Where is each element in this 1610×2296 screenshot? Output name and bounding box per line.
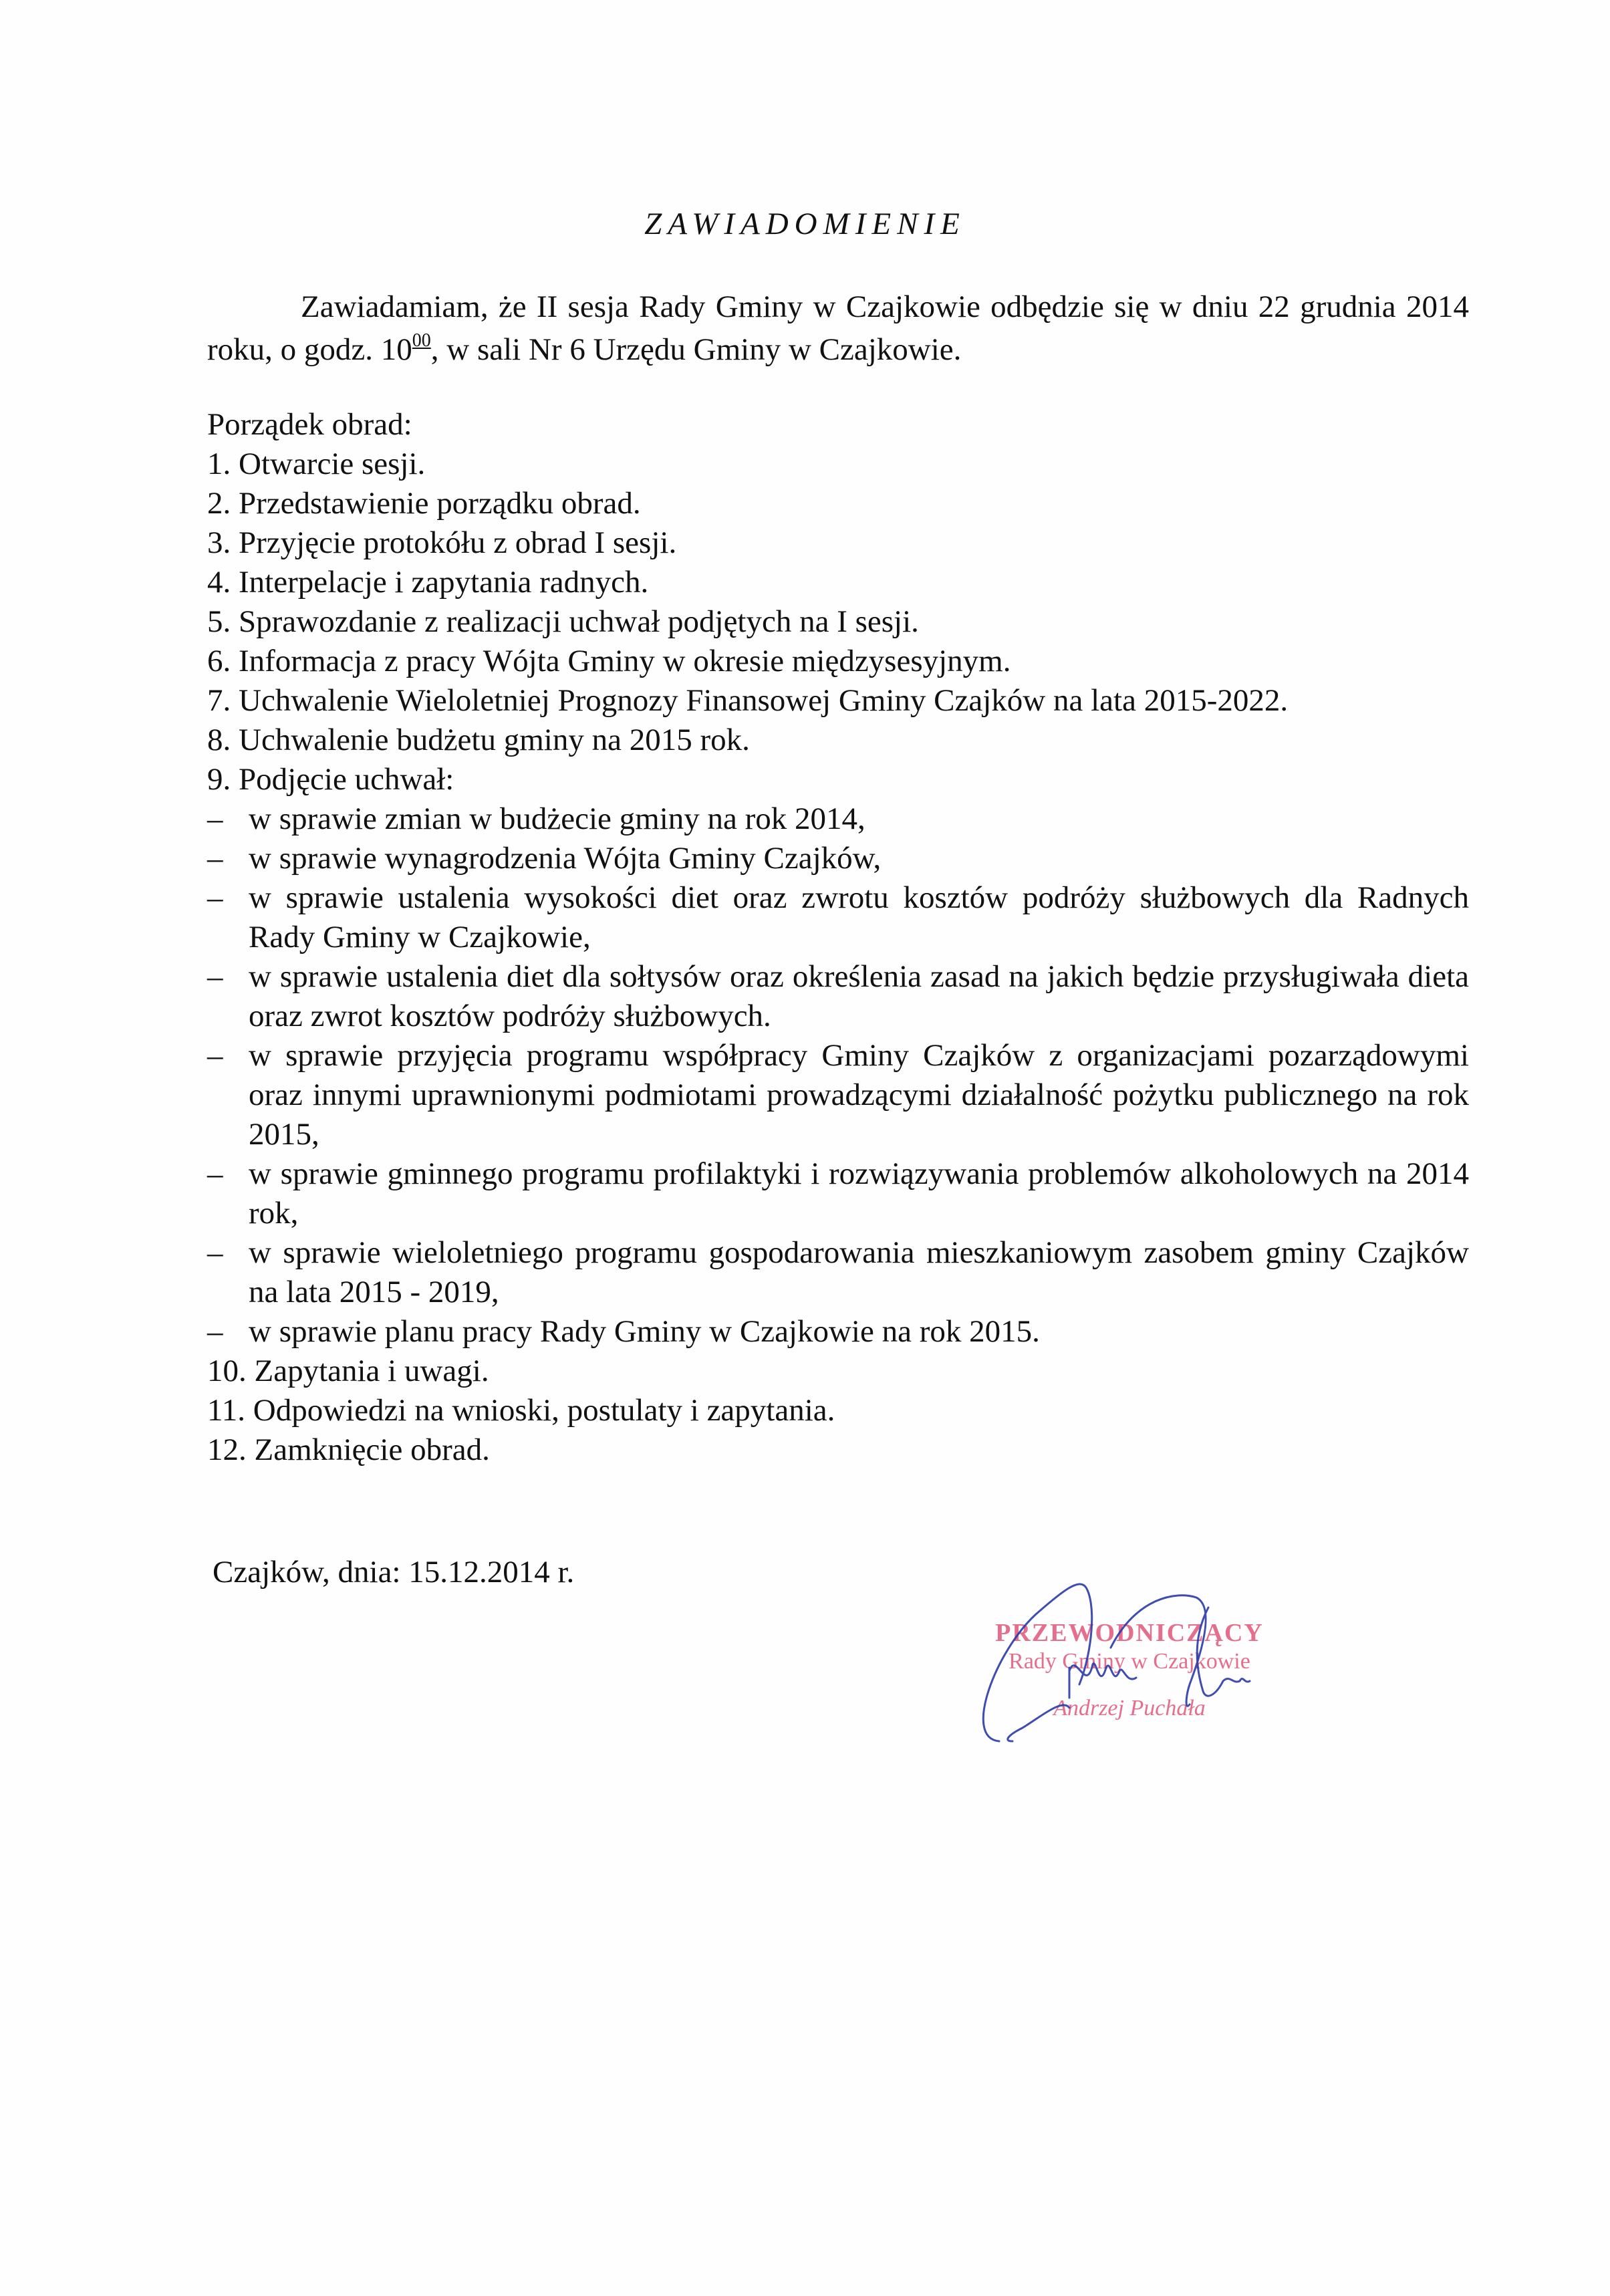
resolution-item: –w sprawie ustalenia wysokości diet oraz… [207, 878, 1469, 957]
agenda-item: 6. Informacja z pracy Wójta Gminy w okre… [207, 642, 1469, 681]
dash-bullet: – [207, 799, 223, 839]
intro-paragraph: Zawiadamiam, że II sesja Rady Gminy w Cz… [207, 285, 1469, 371]
resolution-text: w sprawie ustalenia wysokości diet oraz … [249, 880, 1469, 954]
resolution-item: –w sprawie zmian w budżecie gminy na rok… [207, 799, 1469, 839]
place-date-line: Czajków, dnia: 15.12.2014 r. [213, 1552, 574, 1592]
dash-bullet: – [207, 957, 223, 997]
resolution-text: w sprawie przyjęcia programu współpracy … [249, 1038, 1469, 1152]
dash-bullet: – [207, 1154, 223, 1194]
stamp-name: Andrzej Puchała [969, 1688, 1290, 1729]
agenda-item: 11. Odpowiedzi na wnioski, postulaty i z… [207, 1391, 1469, 1430]
agenda-list: 1. Otwarcie sesji. 2. Przedstawienie por… [207, 444, 1469, 799]
resolution-item: –w sprawie ustalenia diet dla sołtysów o… [207, 957, 1469, 1036]
dash-bullet: – [207, 839, 223, 878]
resolution-item: –w sprawie gminnego programu profilaktyk… [207, 1154, 1469, 1233]
agenda-item: 5. Sprawozdanie z realizacji uchwał podj… [207, 602, 1469, 642]
resolution-text: w sprawie wieloletniego programu gospoda… [249, 1235, 1469, 1309]
resolution-text: w sprawie wynagrodzenia Wójta Gminy Czaj… [249, 841, 881, 876]
resolution-text: w sprawie planu pracy Rady Gminy w Czajk… [249, 1314, 1040, 1349]
agenda-item: 1. Otwarcie sesji. [207, 444, 1469, 484]
stamp-organization: Rady Gminy w Czajkowie [969, 1648, 1290, 1675]
dash-bullet: – [207, 878, 223, 918]
agenda-item: 7. Uchwalenie Wieloletniej Prognozy Fina… [207, 681, 1469, 721]
resolution-item: –w sprawie wynagrodzenia Wójta Gminy Cza… [207, 839, 1469, 878]
resolution-text: w sprawie ustalenia diet dla sołtysów or… [249, 959, 1469, 1033]
document-page: ZAWIADOMIENIE Zawiadamiam, że II sesja R… [0, 0, 1610, 2296]
document-title: ZAWIADOMIENIE [0, 209, 1610, 240]
resolution-item: –w sprawie planu pracy Rady Gminy w Czaj… [207, 1312, 1469, 1352]
agenda-item: 4. Interpelacje i zapytania radnych. [207, 563, 1469, 602]
dash-bullet: – [207, 1233, 223, 1273]
agenda-item: 10. Zapytania i uwagi. [207, 1352, 1469, 1391]
agenda-item: 2. Przedstawienie porządku obrad. [207, 484, 1469, 523]
resolution-item: –w sprawie wieloletniego programu gospod… [207, 1233, 1469, 1312]
agenda-item: 12. Zamknięcie obrad. [207, 1430, 1469, 1470]
agenda-item: 9. Podjęcie uchwał: [207, 760, 1469, 799]
dash-bullet: – [207, 1036, 223, 1075]
stamp-title: PRZEWODNICZĄCY [969, 1618, 1290, 1648]
intro-time-superscript: 00 [412, 330, 431, 351]
intro-text-part2: , w sali Nr 6 Urzędu Gminy w Czajkowie. [431, 332, 962, 367]
dash-bullet: – [207, 1312, 223, 1352]
official-stamp: PRZEWODNICZĄCY Rady Gminy w Czajkowie An… [969, 1618, 1290, 1751]
resolutions-list: –w sprawie zmian w budżecie gminy na rok… [207, 799, 1469, 1352]
agenda-closing-list: 10. Zapytania i uwagi. 11. Odpowiedzi na… [207, 1352, 1469, 1470]
resolution-text: w sprawie gminnego programu profilaktyki… [249, 1156, 1469, 1231]
resolution-text: w sprawie zmian w budżecie gminy na rok … [249, 801, 865, 836]
agenda-item: 8. Uchwalenie budżetu gminy na 2015 rok. [207, 721, 1469, 760]
resolution-item: –w sprawie przyjęcia programu współpracy… [207, 1036, 1469, 1154]
agenda-heading: Porządek obrad: [207, 405, 1469, 444]
agenda-item: 3. Przyjęcie protokółu z obrad I sesji. [207, 523, 1469, 563]
agenda-section: Porządek obrad: 1. Otwarcie sesji. 2. Pr… [207, 405, 1469, 1470]
